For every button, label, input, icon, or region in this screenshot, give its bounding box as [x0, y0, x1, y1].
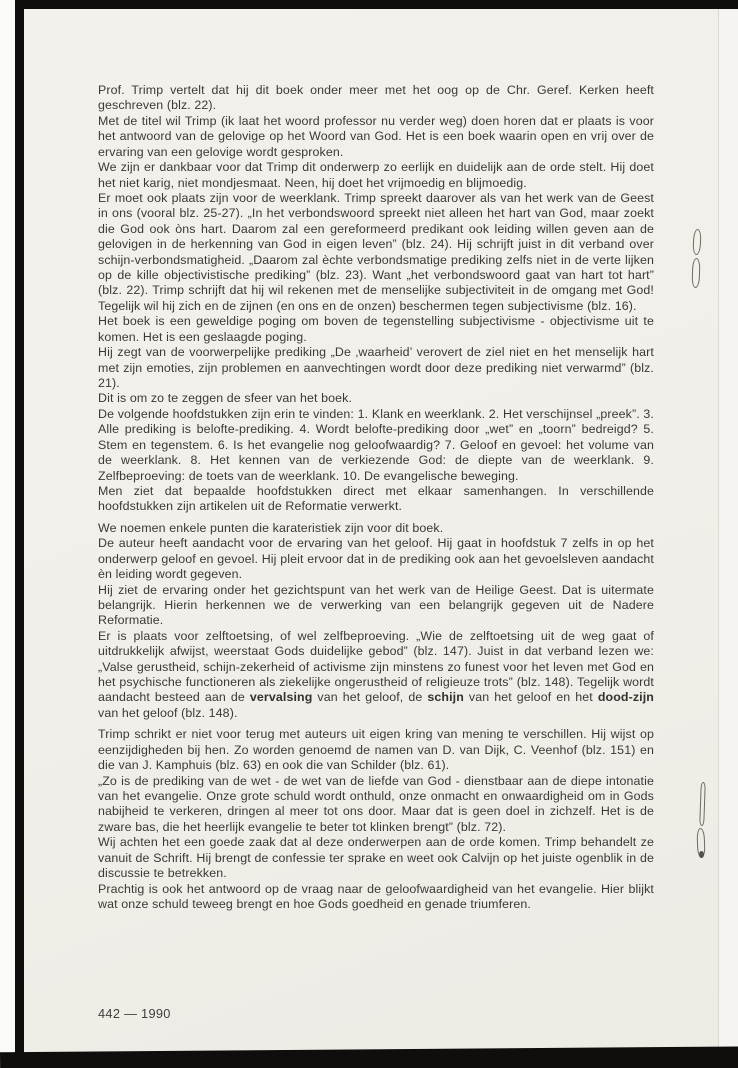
- paragraph: De volgende hoofdstukken zijn erin te vi…: [98, 407, 654, 484]
- paragraph: De auteur heeft aandacht voor de ervarin…: [98, 536, 654, 582]
- paragraph-segment: van het geloof en het: [464, 690, 598, 704]
- paragraph-segment: van het geloof (blz. 148).: [98, 706, 238, 720]
- paragraph-segment-bold: schijn: [427, 690, 464, 704]
- paragraph-segment-bold: dood-zijn: [598, 690, 654, 704]
- paragraph: Dit is om zo te zeggen de sfeer van het …: [98, 391, 654, 406]
- paragraph-segment: van het geloof, de: [312, 690, 427, 704]
- paragraph: Er is plaats voor zelftoetsing, of wel z…: [98, 629, 654, 722]
- article-text-block: Prof. Trimp vertelt dat hij dit boek ond…: [98, 83, 654, 912]
- paragraph: We zijn er dankbaar voor dat Trimp dit o…: [98, 160, 654, 191]
- paragraph-segment-bold: vervalsing: [250, 690, 313, 704]
- paragraph: „Zo is de prediking van de wet - de wet …: [98, 774, 654, 836]
- paragraph: Prachtig is ook het antwoord op de vraag…: [98, 882, 654, 913]
- paragraph: Prof. Trimp vertelt dat hij dit boek ond…: [98, 83, 654, 114]
- paragraph: Men ziet dat bepaalde hoofdstukken direc…: [98, 484, 654, 515]
- scanned-page: Prof. Trimp vertelt dat hij dit boek ond…: [0, 0, 738, 1068]
- paragraph: We noemen enkele punten die karateristie…: [98, 521, 654, 536]
- paragraph: Met de titel wil Trimp (ik laat het woor…: [98, 114, 654, 160]
- scan-border-left: [15, 0, 24, 1053]
- paragraph: Hij zegt van de voorwerpelijke prediking…: [98, 345, 654, 391]
- page-number-footer: 442 — 1990: [98, 1006, 171, 1021]
- paragraph: Het boek is een geweldige poging om bove…: [98, 314, 654, 345]
- paper-right-edge: [718, 9, 738, 1052]
- paragraph: Er moet ook plaats zijn voor de weerklan…: [98, 191, 654, 314]
- staple-mark-icon: [699, 851, 704, 858]
- scan-border-top: [15, 0, 738, 9]
- paragraph: Wij achten het een goede zaak dat al dez…: [98, 835, 654, 881]
- paragraph: Trimp schrikt er niet voor terug met aut…: [98, 727, 654, 773]
- paragraph: Hij ziet de ervaring onder het gezichtsp…: [98, 583, 654, 629]
- paper-sheet: Prof. Trimp vertelt dat hij dit boek ond…: [24, 9, 718, 1052]
